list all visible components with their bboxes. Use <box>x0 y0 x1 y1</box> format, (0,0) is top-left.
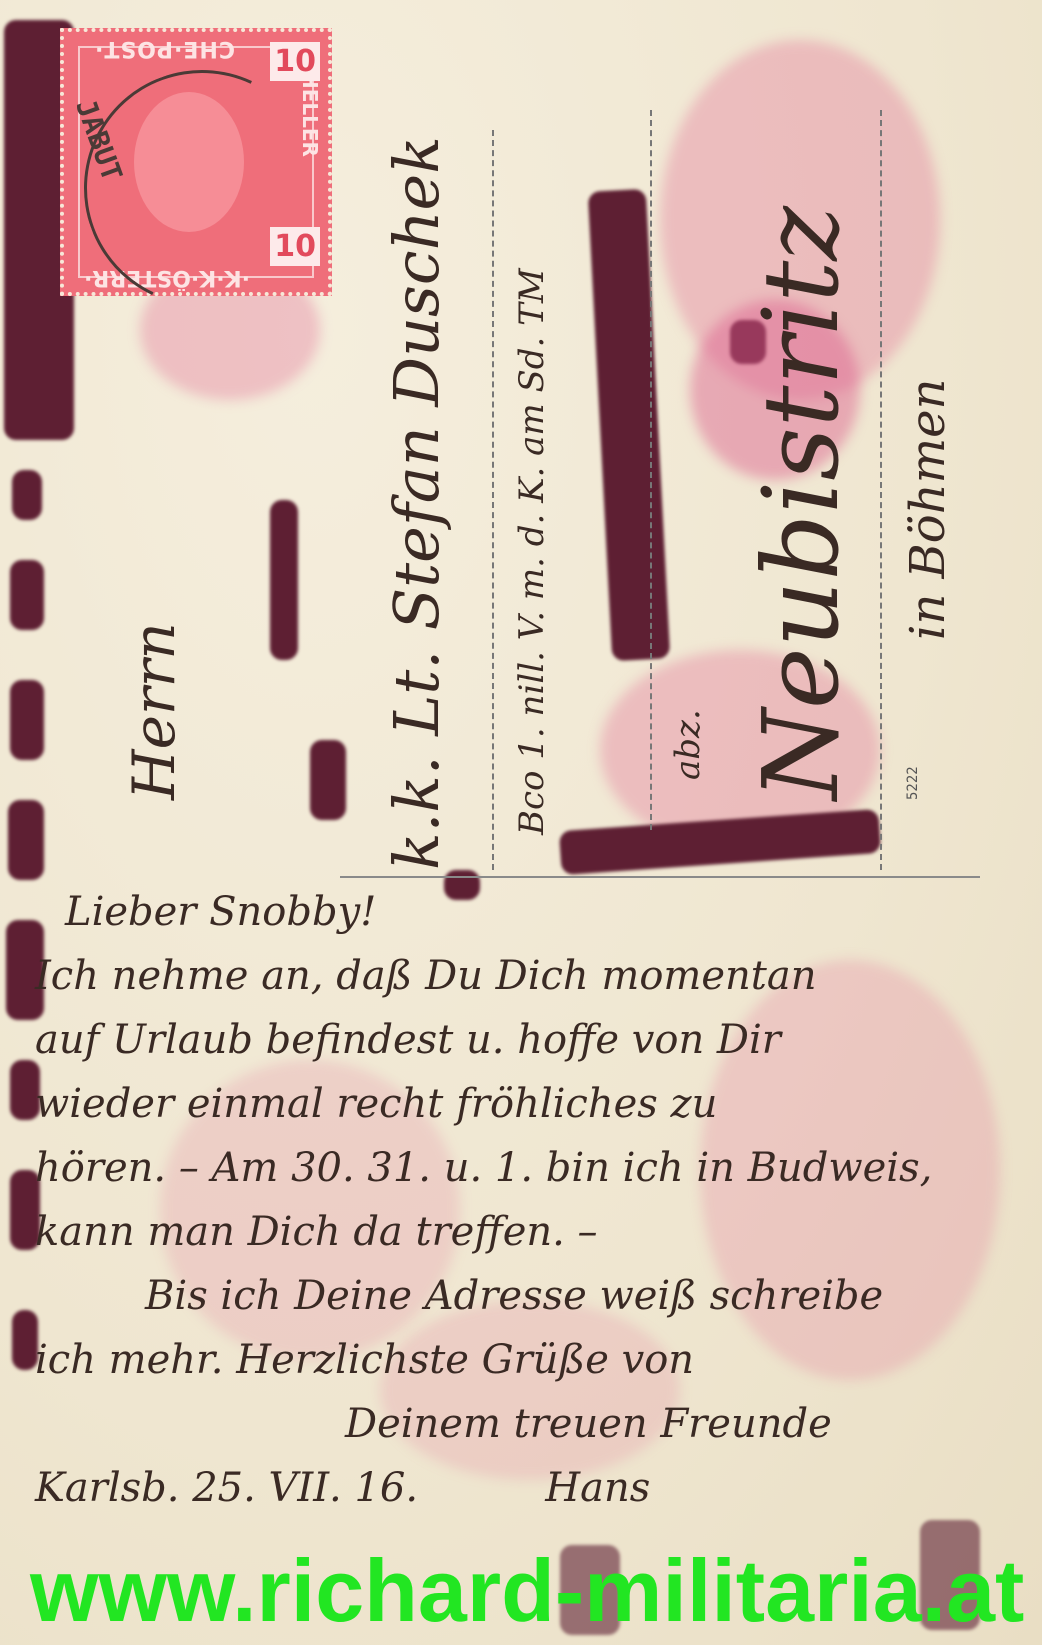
salutation: Herrn <box>120 622 188 800</box>
censor-mark <box>8 800 44 880</box>
postcard-back: CHE·POST· ·K·K·ÖSTERR· HELLER 10 10 JABU… <box>0 0 1042 1645</box>
message-line: Ich nehme an, daß Du Dich momentan <box>35 944 995 1008</box>
censor-mark <box>10 560 44 630</box>
watermark: www.richard-militaria.at <box>30 1540 1024 1642</box>
destination-city: Neubistritz <box>740 206 862 800</box>
recipient-unit: Bco 1. nill. V. m. d. K. am Sd. TM <box>512 268 552 835</box>
censor-stroke <box>270 500 298 660</box>
censor-stroke <box>588 189 671 661</box>
address-prefix: abz. <box>668 709 708 780</box>
censor-mark <box>12 470 42 520</box>
stamp-top-text: CHE·POST· <box>94 36 235 61</box>
address-line <box>880 110 882 870</box>
message-line: Deinem treuen Freunde <box>35 1392 995 1456</box>
message-line: ich mehr. Herzlichste Grüße von <box>35 1328 995 1392</box>
message-line: hören. – Am 30. 31. u. 1. bin ich in Bud… <box>35 1136 995 1200</box>
print-number: 5222 <box>905 766 921 800</box>
message-line: wieder einmal recht fröhliches zu <box>35 1072 995 1136</box>
message-line: Lieber Snobby! <box>35 880 995 944</box>
divider-line <box>340 876 980 878</box>
message-line: kann man Dich da treffen. – <box>35 1200 995 1264</box>
message-body: Lieber Snobby! Ich nehme an, daß Du Dich… <box>35 880 995 1520</box>
censor-stroke <box>310 740 346 820</box>
censor-mark <box>10 680 44 760</box>
address-line <box>650 110 652 830</box>
message-line: Bis ich Deine Adresse weiß schreibe <box>35 1264 995 1328</box>
recipient-name: k.k. Lt. Stefan Duschek <box>380 136 453 870</box>
address-line <box>492 130 494 870</box>
message-line: Karlsb. 25. VII. 16. Hans <box>35 1456 995 1520</box>
stamp-value-top: 10 <box>270 42 320 81</box>
destination-region: in Böhmen <box>900 379 956 640</box>
message-line: auf Urlaub befindest u. hoffe von Dir <box>35 1008 995 1072</box>
